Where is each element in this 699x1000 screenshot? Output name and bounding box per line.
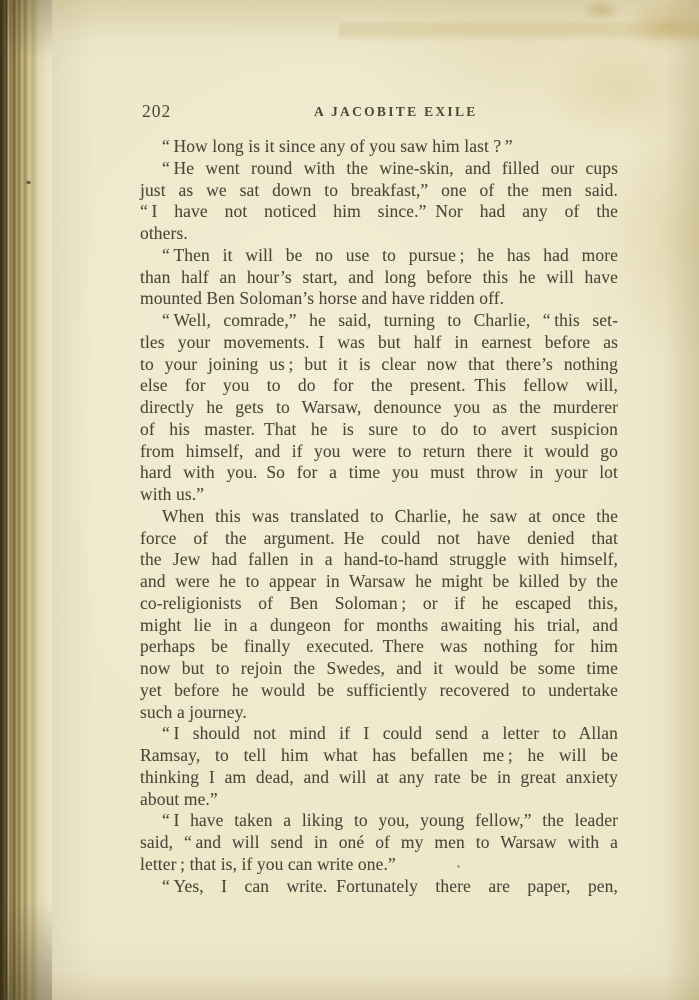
text-line: mounted Ben Soloman’s horse and have rid… xyxy=(140,288,618,310)
paragraph: “ Well, comrade,” he said, turning to Ch… xyxy=(140,310,618,506)
book-page-photo: 202 A JACOBITE EXILE “ How long is it si… xyxy=(0,0,699,1000)
text-line: Ramsay, to tell him what has befallen me… xyxy=(140,745,618,767)
text-line: “ How long is it since any of you saw hi… xyxy=(140,136,618,158)
text-line: “ Well, comrade,” he said, turning to Ch… xyxy=(140,310,618,332)
text-line: said, “ and will send in oné of my men t… xyxy=(140,832,618,854)
running-title: A JACOBITE EXILE xyxy=(314,104,478,120)
text-line: force of the argument. He could not have… xyxy=(140,528,618,550)
paragraph: When this was translated to Charlie, he … xyxy=(140,506,618,724)
text-line: hard with you. So for a time you must th… xyxy=(140,462,618,484)
paragraph: “ How long is it since any of you saw hi… xyxy=(140,136,618,158)
page-header: 202 A JACOBITE EXILE xyxy=(140,101,618,123)
text-line: “ He went round with the wine-skin, and … xyxy=(140,158,618,180)
text-line: than half an hour’s start, and long befo… xyxy=(140,267,618,289)
paper-speck xyxy=(26,181,31,184)
text-line: with us.” xyxy=(140,484,618,506)
text-line: else for you to do for the present. This… xyxy=(140,375,618,397)
text-line: tles your movements. I was but half in e… xyxy=(140,332,618,354)
page-number: 202 xyxy=(142,101,171,122)
text-line: directly he gets to Warsaw, denounce you… xyxy=(140,397,618,419)
text-line: the Jew had fallen in a hand-to-hand str… xyxy=(140,549,618,571)
text-line: now but to rejoin the Swedes, and it wou… xyxy=(140,658,618,680)
text-line: from himself, and if you were to return … xyxy=(140,441,618,463)
paragraph: “ I have taken a liking to you, young fe… xyxy=(140,810,618,875)
text-line: perhaps be finally executed. There was n… xyxy=(140,636,618,658)
text-line: thinking I am dead, and will at any rate… xyxy=(140,767,618,789)
text-line: letter ; that is, if you can write one.” xyxy=(140,854,618,876)
text-line: yet before he would be sufficiently reco… xyxy=(140,680,618,702)
text-line: about me.” xyxy=(140,789,618,811)
paragraph: “ I should not mind if I could send a le… xyxy=(140,723,618,810)
text-line: and were he to appear in Warsaw he might… xyxy=(140,571,618,593)
text-line: co-religionists of Ben Soloman ; or if h… xyxy=(140,593,618,615)
text-line: to your joining us ; but it is clear now… xyxy=(140,354,618,376)
text-line: “ I should not mind if I could send a le… xyxy=(140,723,618,745)
text-line: might lie in a dungeon for months awaiti… xyxy=(140,615,618,637)
text-line: just as we sat down to breakfast,” one o… xyxy=(140,180,618,202)
text-line: “ I have taken a liking to you, young fe… xyxy=(140,810,618,832)
paragraph: “ Yes, I can write. Fortunately there ar… xyxy=(140,876,618,898)
book-binding-edge xyxy=(0,0,52,1000)
text-line: “ Then it will be no use to pursue ; he … xyxy=(140,245,618,267)
text-line: When this was translated to Charlie, he … xyxy=(140,506,618,528)
text-line: others. xyxy=(140,223,618,245)
paragraph: “ He went round with the wine-skin, and … xyxy=(140,158,618,245)
text-line: “ Yes, I can write. Fortunately there ar… xyxy=(140,876,618,898)
text-block: “ How long is it since any of you saw hi… xyxy=(140,136,618,897)
paragraph: “ Then it will be no use to pursue ; he … xyxy=(140,245,618,310)
text-line: such a journey. xyxy=(140,702,618,724)
text-line: of his master. That he is sure to do to … xyxy=(140,419,618,441)
text-line: “ I have not noticed him since.” Nor had… xyxy=(140,201,618,223)
